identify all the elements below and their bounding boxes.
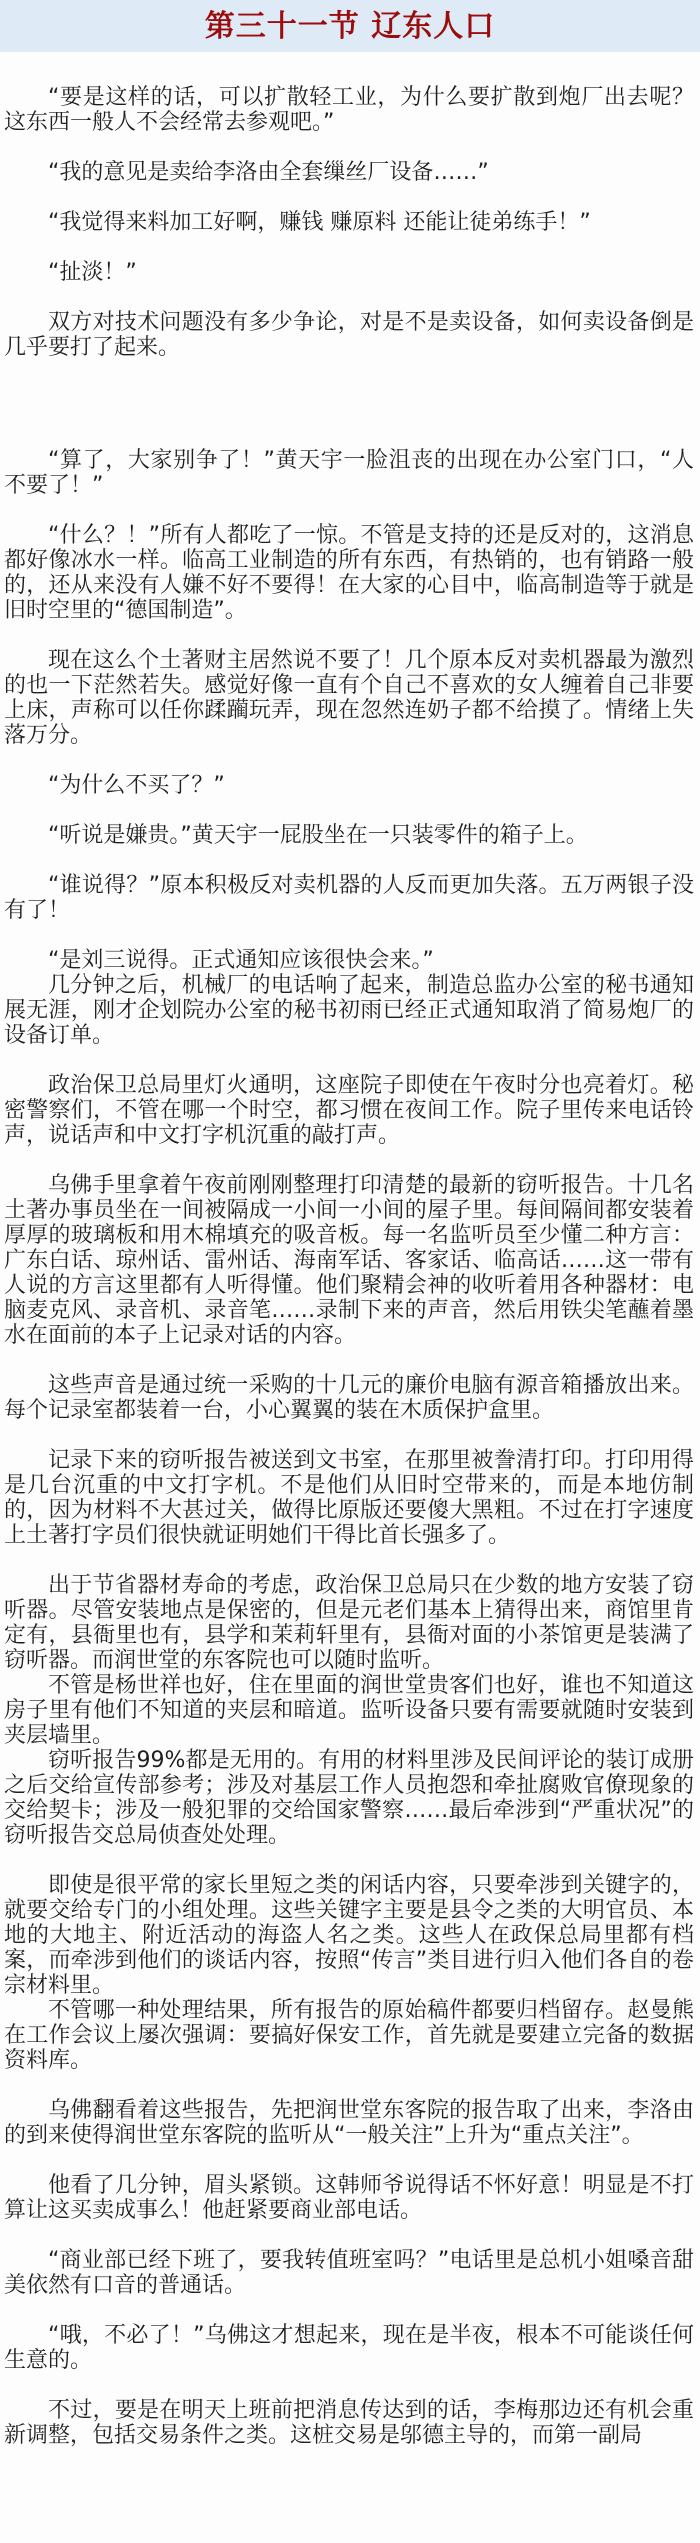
paragraph: “扯淡！”: [4, 260, 694, 285]
paragraph: 窃听报告99%都是无用的。有用的材料里涉及民间评论的装订成册之后交给宣传部参考；…: [4, 1748, 694, 1848]
chapter-text: “要是这样的话，可以扩散轻工业，为什么要扩散到炮厂出去呢？这东西一般人不会经常去…: [0, 52, 700, 2448]
paragraph: 不管哪一种处理结果，所有报告的原始稿件都要归档留存。赵曼熊在工作会议上屡次强调：…: [4, 1998, 694, 2073]
paragraph: 不管是杨世祥也好，住在里面的润世堂贵客们也好，谁也不知道这房子里有他们不知道的夹…: [4, 1673, 694, 1748]
paragraph: 不过，要是在明天上班前把消息传达到的话，李梅那边还有机会重新调整，包括交易条件之…: [4, 2398, 694, 2448]
paragraph: “算了，大家别争了！”黄天宇一脸沮丧的出现在办公室门口，“人不要了！”: [4, 448, 694, 498]
paragraph: 政治保卫总局里灯火通明，这座院子即使在午夜时分也亮着灯。秘密警察们，不管在哪一个…: [4, 1073, 694, 1148]
paragraph: 双方对技术问题没有多少争论，对是不是卖设备，如何卖设备倒是几乎要打了起来。: [4, 310, 694, 360]
paragraph: “我觉得来料加工好啊，赚钱 赚原料 还能让徒弟练手！”: [4, 210, 694, 235]
novel-chapter-page: 第三十一节 辽东人口 “要是这样的话，可以扩散轻工业，为什么要扩散到炮厂出去呢？…: [0, 0, 700, 2543]
paragraph: “为什么不买了？”: [4, 773, 694, 798]
paragraph: 他看了几分钟，眉头紧锁。这韩师爷说得话不怀好意！明显是不打算让这买卖成事么！他赶…: [4, 2173, 694, 2223]
paragraph: “商业部已经下班了，要我转值班室吗？”电话里是总机小姐嗓音甜美依然有口音的普通话…: [4, 2248, 694, 2298]
paragraph: “听说是嫌贵。”黄天宇一屁股坐在一只装零件的箱子上。: [4, 823, 694, 848]
paragraph: “是刘三说得。正式通知应该很快会来。”: [4, 948, 694, 973]
paragraph: 现在这么个土著财主居然说不要了！几个原本反对卖机器最为激烈的也一下茫然若失。感觉…: [4, 648, 694, 748]
paragraph: 这些声音是通过统一采购的十几元的廉价电脑有源音箱播放出来。每个记录室都装着一台，…: [4, 1373, 694, 1423]
paragraph: “什么？！”所有人都吃了一惊。不管是支持的还是反对的，这消息都好像冰水一样。临高…: [4, 523, 694, 623]
page-title: 第三十一节 辽东人口: [205, 10, 495, 42]
paragraph: “谁说得？”原本积极反对卖机器的人反而更加失落。五万两银子没有了！: [4, 873, 694, 923]
paragraph: 几分钟之后，机械厂的电话响了起来，制造总监办公室的秘书通知展无涯，刚才企划院办公…: [4, 973, 694, 1048]
paragraph: “我的意见是卖给李洛由全套缫丝厂设备……”: [4, 160, 694, 185]
paragraph: 出于节省器材寿命的考虑，政治保卫总局只在少数的地方安装了窃听器。尽管安装地点是保…: [4, 1573, 694, 1673]
paragraph: 乌佛翻看着这些报告，先把润世堂东客院的报告取了出来，李洛由的到来使得润世堂东客院…: [4, 2098, 694, 2148]
paragraph: “哦，不必了！”乌佛这才想起来，现在是半夜，根本不可能谈任何生意的。: [4, 2323, 694, 2373]
chapter-header: 第三十一节 辽东人口: [0, 0, 700, 52]
paragraph: 记录下来的窃听报告被送到文书室，在那里被誊清打印。打印用得是几台沉重的中文打字机…: [4, 1448, 694, 1548]
paragraph: “要是这样的话，可以扩散轻工业，为什么要扩散到炮厂出去呢？这东西一般人不会经常去…: [4, 85, 694, 135]
paragraph: 乌佛手里拿着午夜前刚刚整理打印清楚的最新的窃听报告。十几名土著办事员坐在一间被隔…: [4, 1173, 694, 1348]
paragraph: 即使是很平常的家长里短之类的闲话内容，只要牵涉到关键字的，就要交给专门的小组处理…: [4, 1873, 694, 1998]
